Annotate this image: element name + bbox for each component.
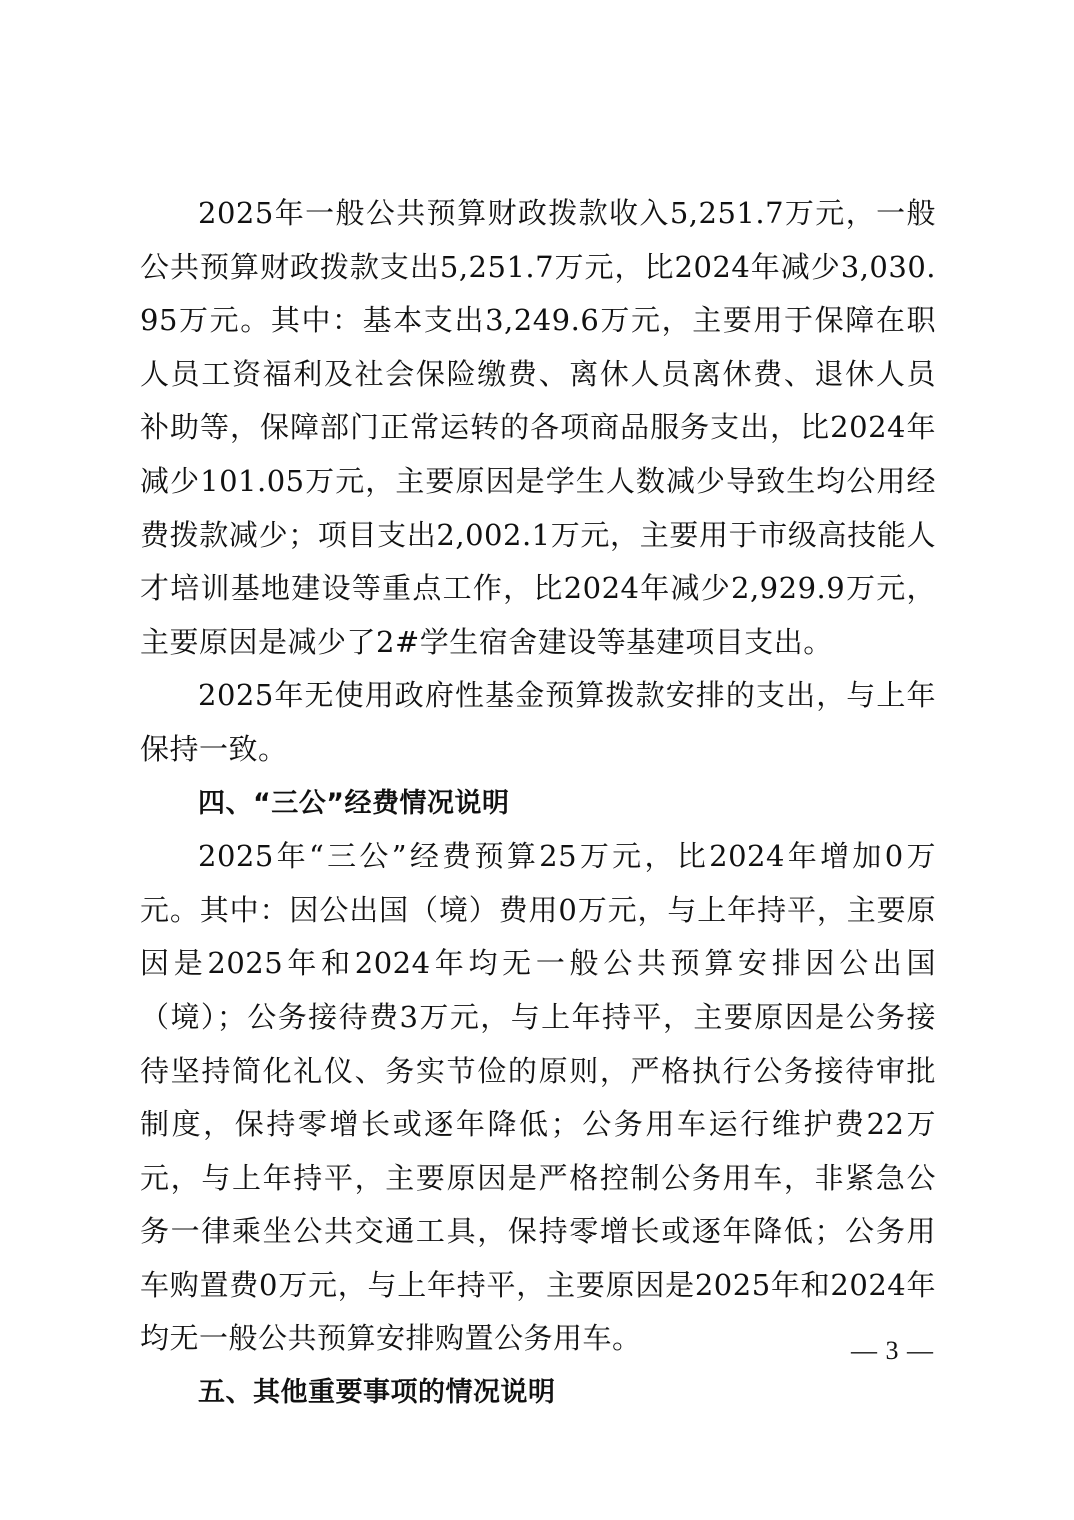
- paragraph-government-fund: 2025年无使用政府性基金预算拨款安排的支出，与上年保持一致。: [140, 669, 936, 776]
- paragraph-general-budget: 2025年一般公共预算财政拨款收入5,251.7万元，一般公共预算财政拨款支出5…: [140, 187, 936, 669]
- document-page: 2025年一般公共预算财政拨款收入5,251.7万元，一般公共预算财政拨款支出5…: [140, 187, 936, 1420]
- section-heading-other-matters: 五、其他重要事项的情况说明: [140, 1366, 936, 1420]
- section-heading-three-public-expenses: 四、“三公”经费情况说明: [140, 777, 936, 831]
- page-number: — 3 —: [851, 1336, 934, 1366]
- paragraph-three-public-expenses: 2025年“三公”经费预算25万元，比2024年增加0万元。其中：因公出国（境）…: [140, 830, 936, 1366]
